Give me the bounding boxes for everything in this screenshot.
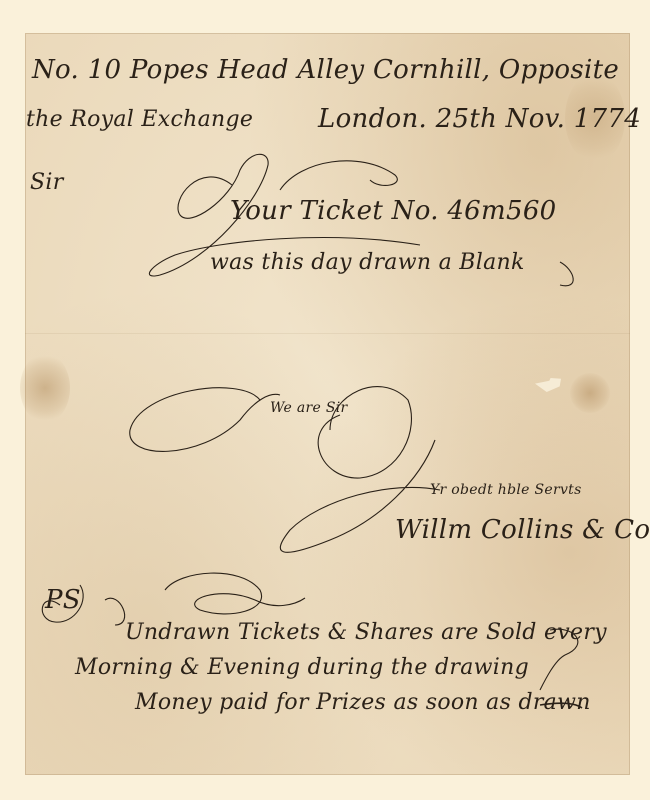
ticket-number-line: Your Ticket No. 46m560	[230, 196, 557, 226]
header-address-line: No. 10 Popes Head Alley Cornhill, Opposi…	[32, 55, 619, 85]
paper-tear	[535, 378, 561, 392]
salutation: Sir	[30, 170, 64, 195]
postscript-line-2: Morning & Evening during the drawing	[75, 655, 529, 680]
closing-servants: Yr obedt hble Servts	[430, 482, 582, 498]
closing-we-are: We are Sir	[270, 400, 348, 416]
header-date: London. 25th Nov. 1774	[318, 104, 641, 134]
postscript-line-3: Money paid for Prizes as soon as drawn	[135, 690, 591, 715]
drawn-blank-line: was this day drawn a Blank	[210, 250, 525, 275]
signature: Willm Collins & Co	[395, 515, 650, 545]
postscript-label: PS	[45, 585, 81, 615]
stain-left	[20, 353, 70, 423]
header-royal-exchange: the Royal Exchange	[26, 107, 253, 132]
stain-right	[570, 373, 610, 413]
postscript-line-1: Undrawn Tickets & Shares are Sold every	[125, 620, 607, 645]
paper-fold	[25, 333, 630, 334]
